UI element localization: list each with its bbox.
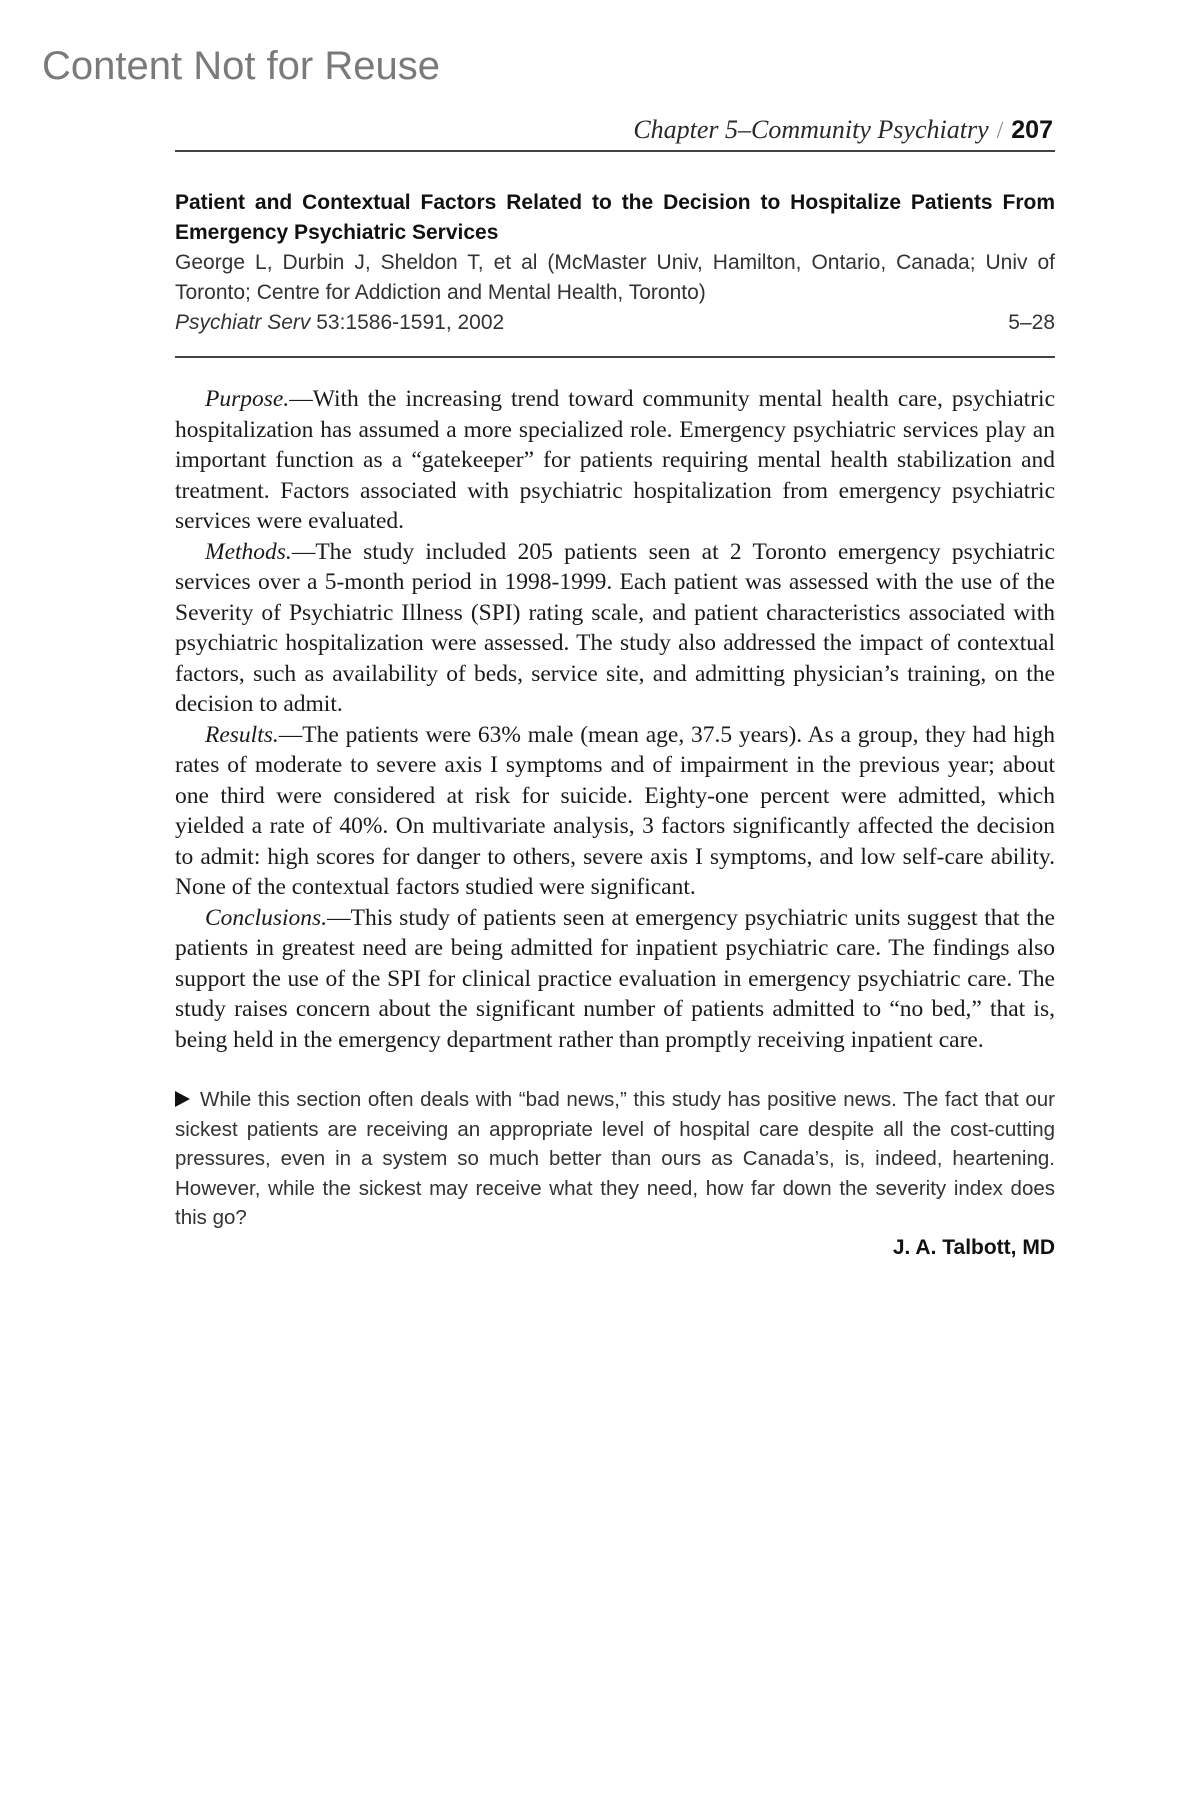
page-content: Chapter 5–Community Psychiatry/207 Patie… — [175, 110, 1055, 1263]
methods-label: Methods. — [205, 539, 292, 565]
conclusions-label: Conclusions. — [205, 905, 327, 931]
purpose-label: Purpose. — [205, 386, 289, 412]
results-label: Results. — [205, 722, 279, 748]
results-text: —The patients were 63% male (mean age, 3… — [175, 722, 1055, 901]
editor-commentary: While this section often deals with “bad… — [175, 1085, 1055, 1233]
commentary-text: While this section often deals with “bad… — [175, 1088, 1055, 1229]
chapter-title: Chapter 5–Community Psychiatry — [633, 115, 988, 144]
watermark: Content Not for Reuse — [42, 42, 440, 90]
right-triangle-bullet-icon — [175, 1091, 190, 1107]
article-number: 5–28 — [1008, 308, 1055, 338]
article-title: Patient and Contextual Factors Related t… — [175, 188, 1055, 248]
article-citation: Patient and Contextual Factors Related t… — [175, 188, 1055, 358]
abstract-results: Results.—The patients were 63% male (mea… — [175, 720, 1055, 903]
running-head: Chapter 5–Community Psychiatry/207 — [175, 110, 1055, 152]
methods-text: —The study included 205 patients seen at… — [175, 539, 1055, 718]
page-number: 207 — [1011, 116, 1053, 144]
abstract-methods: Methods.—The study included 205 patients… — [175, 537, 1055, 720]
journal-name: Psychiatr Serv — [175, 311, 310, 334]
running-head-separator: / — [997, 118, 1004, 144]
abstract-purpose: Purpose.—With the increasing trend towar… — [175, 384, 1055, 537]
commentary-signature: J. A. Talbott, MD — [175, 1233, 1055, 1263]
abstract: Purpose.—With the increasing trend towar… — [175, 384, 1055, 1055]
abstract-conclusions: Conclusions.—This study of patients seen… — [175, 903, 1055, 1056]
journal-citation: 53:1586-1591, 2002 — [316, 311, 504, 334]
article-authors: George L, Durbin J, Sheldon T, et al (Mc… — [175, 248, 1055, 308]
journal-line: Psychiatr Serv 53:1586-1591, 2002 5–28 — [175, 308, 1055, 338]
journal-reference: Psychiatr Serv 53:1586-1591, 2002 — [175, 308, 504, 338]
purpose-text: —With the increasing trend toward commun… — [175, 386, 1055, 534]
